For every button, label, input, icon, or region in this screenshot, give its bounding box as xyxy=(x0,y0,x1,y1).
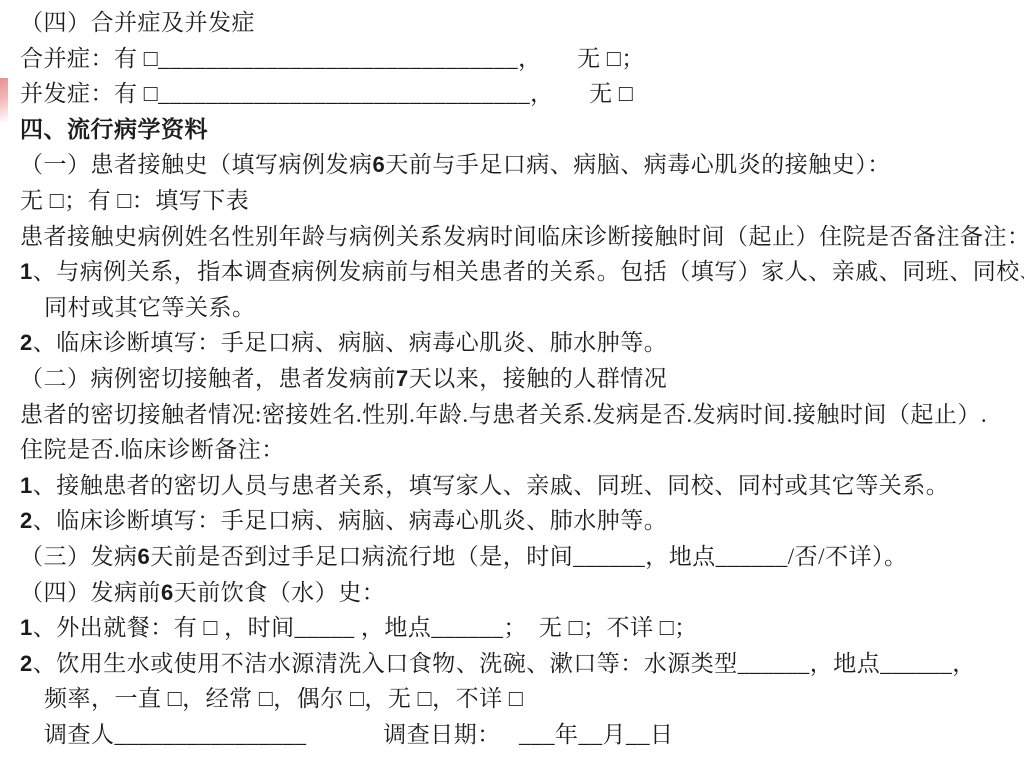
document-line: （三）发病6天前是否到过手足口病流行地（是，时间______，地点______/… xyxy=(20,539,1020,575)
document-line: 1、接触患者的密切人员与患者关系，填写家人、亲戚、同班、同校、同村或其它等关系。 xyxy=(20,468,1020,504)
red-edge-mark xyxy=(0,78,8,122)
document-content: （四）合并症及并发症合并症：有 □_______________________… xyxy=(0,0,1024,752)
document-line: 2、临床诊断填写：手足口病、病脑、病毒心肌炎、肺水肿等。 xyxy=(20,325,1020,361)
document-line: 合并症：有 □______________________________， 无… xyxy=(20,41,1020,77)
inline-number: 6 xyxy=(138,544,151,569)
document-line: 四、流行病学资料 xyxy=(20,112,1020,148)
document-line: （一）患者接触史（填写病例发病6天前与手足口病、病脑、病毒心肌炎的接触史）： xyxy=(20,147,1020,183)
document-line: （四）发病前6天前饮食（水）史： xyxy=(20,575,1020,611)
document-line: 调查人________________ 调查日期： ___年__月__日 xyxy=(20,717,1020,753)
inline-number: 2 xyxy=(20,330,33,355)
document-line: 住院是否.临床诊断备注： xyxy=(20,432,1020,468)
document-line: （二）病例密切接触者，患者发病前7天以来，接触的人群情况 xyxy=(20,361,1020,397)
inline-number: 7 xyxy=(396,366,409,391)
document-line: 同村或其它等关系。 xyxy=(20,290,1020,326)
inline-number: 2 xyxy=(20,651,33,676)
inline-number: 1 xyxy=(20,259,33,284)
document-line: 患者的密切接触者情况:密接姓名.性别.年龄.与患者关系.发病是否.发病时间.接触… xyxy=(20,397,1020,433)
document-line: 并发症：有 □_______________________________， … xyxy=(20,76,1020,112)
document-line: 2、临床诊断填写：手足口病、病脑、病毒心肌炎、肺水肿等。 xyxy=(20,503,1020,539)
inline-number: 6 xyxy=(161,580,174,605)
inline-number: 1 xyxy=(20,615,33,640)
document-line: 2、饮用生水或使用不洁水源清洗入口食物、洗碗、漱口等：水源类型______，地点… xyxy=(20,646,1020,682)
document-line: （四）合并症及并发症 xyxy=(20,5,1020,41)
document-page: （四）合并症及并发症合并症：有 □_______________________… xyxy=(0,0,1024,768)
document-line: 1、与病例关系，指本调查病例发病前与相关患者的关系。包括（填写）家人、亲戚、同班… xyxy=(20,254,1020,290)
document-line: 患者接触史病例姓名性别年龄与病例关系发病时间临床诊断接触时间（起止）住院是否备注… xyxy=(20,219,1020,255)
document-line: 1、外出就餐：有 □ ，时间_____ ，地点______； 无 □；不详 □； xyxy=(20,610,1020,646)
document-line: 无 □；有 □：填写下表 xyxy=(20,183,1020,219)
inline-number: 6 xyxy=(373,152,386,177)
inline-number: 1 xyxy=(20,473,33,498)
inline-number: 2 xyxy=(20,508,33,533)
document-line: 频率，一直 □，经常 □，偶尔 □，无 □，不详 □ xyxy=(20,681,1020,717)
